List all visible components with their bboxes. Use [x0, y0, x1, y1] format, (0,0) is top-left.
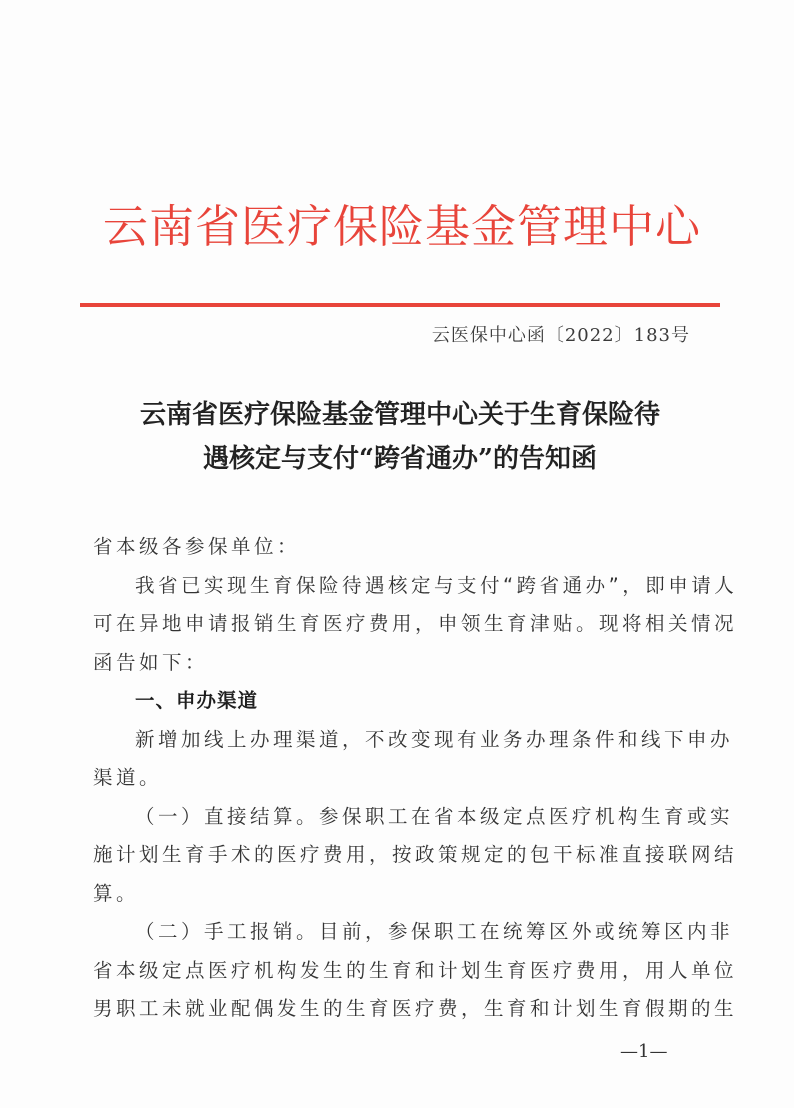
- document-number: 云医保中心函〔2022〕183号: [432, 322, 690, 350]
- intro-line-2: 可在异地申请报销生育医疗费用，申领生育津贴。现将相关情况: [93, 605, 720, 644]
- page-number: —1—: [620, 1040, 667, 1064]
- item-2-line-3: 男职工未就业配偶发生的生育医疗费，生育和计划生育假期的生: [93, 990, 720, 1029]
- document-page: 云南省医疗保险基金管理中心 云医保中心函〔2022〕183号 云南省医疗保险基金…: [0, 0, 794, 1108]
- document-title: 云南省医疗保险基金管理中心关于生育保险待 遇核定与支付“跨省通办”的告知函: [80, 393, 720, 481]
- item-2-line-1: （二）手工报销。目前，参保职工在统筹区外或统筹区内非: [93, 913, 720, 952]
- item-1-line-2: 施计划生育手术的医疗费用，按政策规定的包干标准直接联网结: [93, 836, 720, 875]
- item-1-line-1: （一）直接结算。参保职工在省本级定点医疗机构生育或实: [93, 798, 720, 837]
- red-divider-rule: [80, 303, 720, 307]
- item-2-line-2: 省本级定点医疗机构发生的生育和计划生育医疗费用，用人单位: [93, 952, 720, 991]
- salutation: 省本级各参保单位：: [93, 528, 720, 567]
- section-1-para-line-2: 渠道。: [93, 759, 720, 798]
- section-1-para-line-1: 新增加线上办理渠道，不改变现有业务办理条件和线下申办: [93, 721, 720, 760]
- title-line-2: 遇核定与支付“跨省通办”的告知函: [80, 437, 720, 481]
- intro-line-1: 我省已实现生育保险待遇核定与支付“跨省通办”，即申请人: [93, 567, 720, 606]
- section-heading-1: 一、申办渠道: [93, 682, 720, 721]
- title-line-1: 云南省医疗保险基金管理中心关于生育保险待: [80, 393, 720, 437]
- intro-line-3: 函告如下：: [93, 644, 720, 683]
- issuer-masthead: 云南省医疗保险基金管理中心: [82, 196, 722, 258]
- item-1-line-3: 算。: [93, 875, 720, 914]
- document-body: 省本级各参保单位： 我省已实现生育保险待遇核定与支付“跨省通办”，即申请人 可在…: [93, 528, 720, 1029]
